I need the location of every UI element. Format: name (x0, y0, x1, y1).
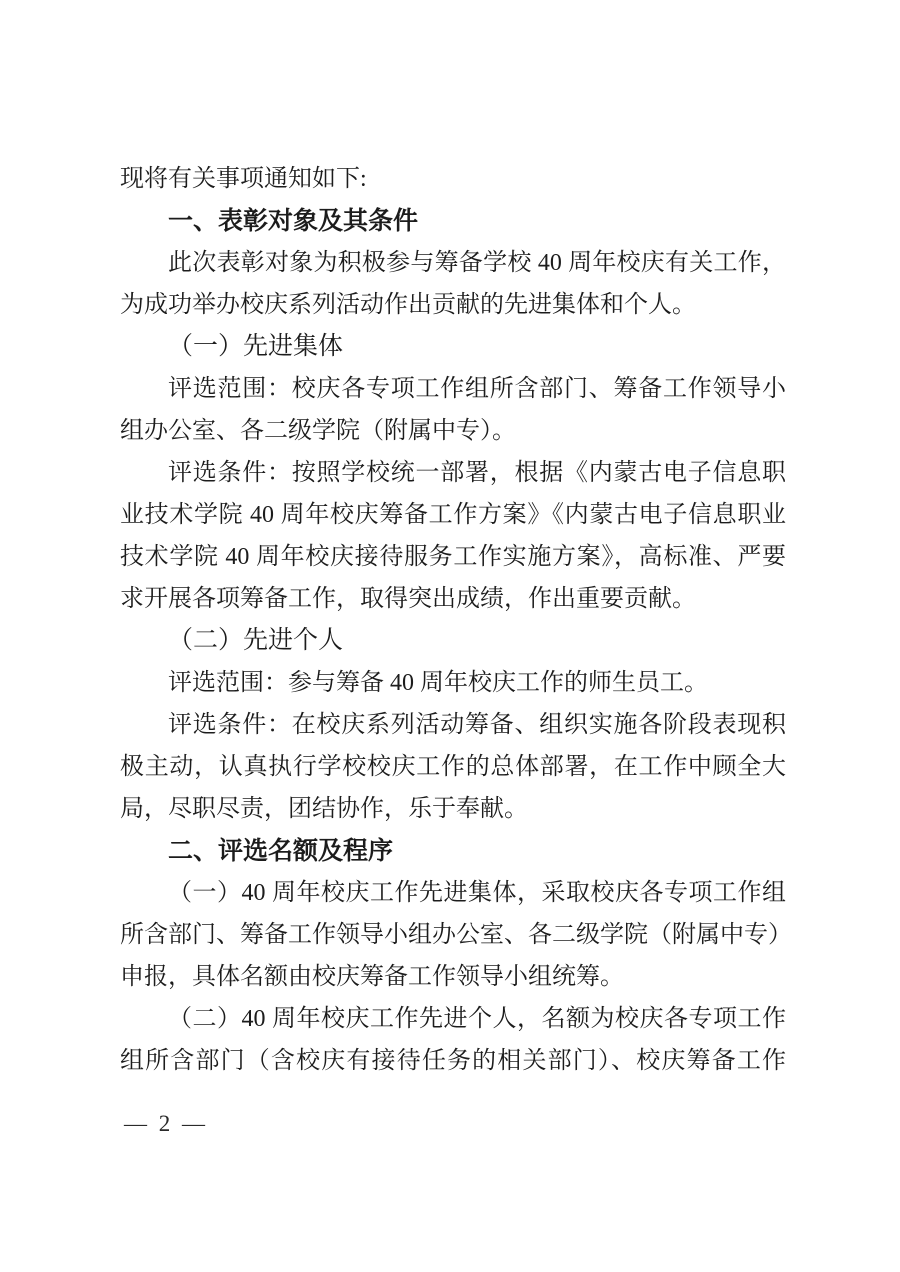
paragraph-line: 极主动，认真执行学校校庆工作的总体部署，在工作中顾全大 (120, 746, 786, 788)
paragraph-line: 评选条件：在校庆系列活动筹备、组织实施各阶段表现积 (120, 704, 786, 746)
paragraph-line: 评选范围：校庆各专项工作组所含部门、筹备工作领导小 (120, 368, 786, 410)
paragraph-line: （二）40 周年校庆工作先进个人，名额为校庆各专项工作 (120, 998, 786, 1040)
subsection-heading-1-2: （二）先进个人 (120, 620, 786, 662)
paragraph-line: 评选条件：按照学校统一部署，根据《内蒙古电子信息职 (120, 452, 786, 494)
paragraph-line: 申报，具体名额由校庆筹备工作领导小组统筹。 (120, 956, 786, 998)
subsection-heading-1-1: （一）先进集体 (120, 326, 786, 368)
paragraph-line: 组办公室、各二级学院（附属中专）。 (120, 410, 786, 452)
section-heading-2: 二、评选名额及程序 (120, 830, 786, 872)
document-body: 现将有关事项通知如下: 一、表彰对象及其条件 此次表彰对象为积极参与筹备学校 4… (120, 158, 786, 1082)
paragraph-line: 技术学院 40 周年校庆接待服务工作实施方案》，高标准、严要 (120, 536, 786, 578)
paragraph-line: 为成功举办校庆系列活动作出贡献的先进集体和个人。 (120, 284, 786, 326)
paragraph-line: 评选范围：参与筹备 40 周年校庆工作的师生员工。 (120, 662, 786, 704)
paragraph-line: 组所含部门（含校庆有接待任务的相关部门）、校庆筹备工作 (120, 1040, 786, 1082)
page-number: — 2 — (124, 1106, 208, 1142)
paragraph-line: 此次表彰对象为积极参与筹备学校 40 周年校庆有关工作， (120, 242, 786, 284)
paragraph-carryover-line: 现将有关事项通知如下: (120, 158, 786, 200)
paragraph-line: （一）40 周年校庆工作先进集体，采取校庆各专项工作组 (120, 872, 786, 914)
paragraph-line: 所含部门、筹备工作领导小组办公室、各二级学院（附属中专） (120, 914, 786, 956)
document-page: 现将有关事项通知如下: 一、表彰对象及其条件 此次表彰对象为积极参与筹备学校 4… (0, 0, 900, 1272)
paragraph-line: 求开展各项筹备工作，取得突出成绩，作出重要贡献。 (120, 578, 786, 620)
section-heading-1: 一、表彰对象及其条件 (120, 200, 786, 242)
paragraph-line: 局，尽职尽责，团结协作，乐于奉献。 (120, 788, 786, 830)
paragraph-line: 业技术学院 40 周年校庆筹备工作方案》《内蒙古电子信息职业 (120, 494, 786, 536)
